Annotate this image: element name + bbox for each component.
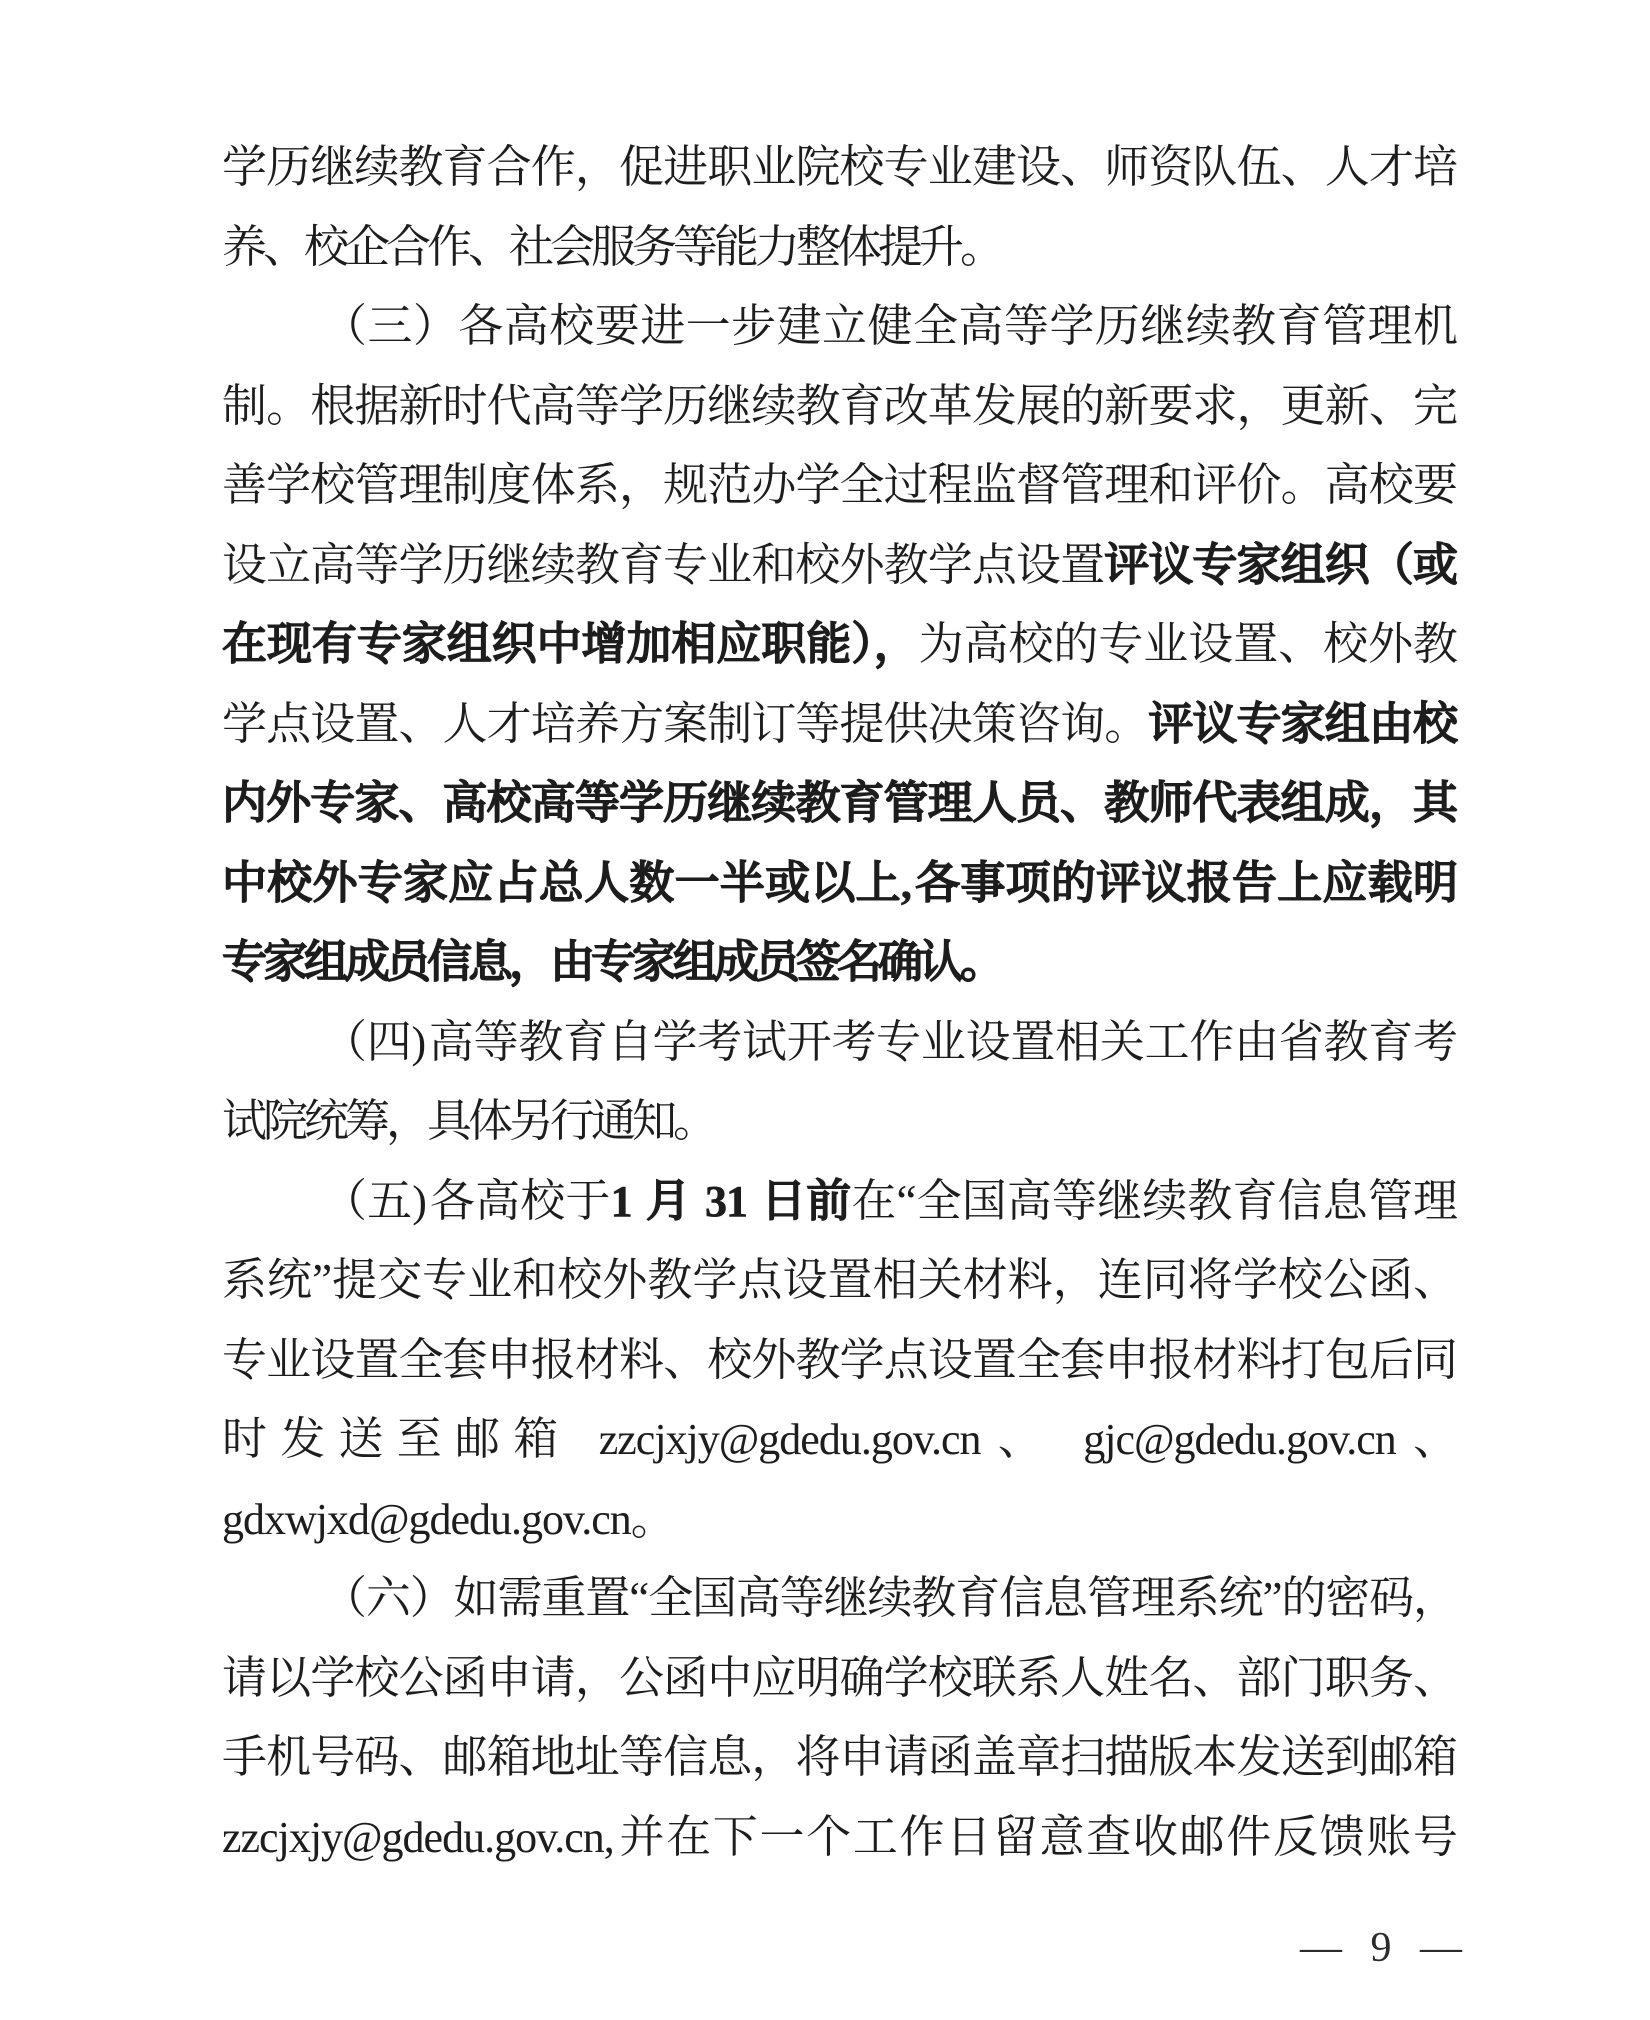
bold-text-segment: 在现有专家组织中增加相应职能）， [222, 619, 919, 669]
text-segment: 为高校的专业设置、校外教 [919, 619, 1454, 669]
text-line: （五)各高校于1 月 31 日前在“全国高等继续教育信息管理 [222, 1162, 1454, 1242]
latin-text: ) [412, 1177, 426, 1226]
text-segment: 时发送至邮箱 zzcjxjy@gdedu.gov.cn、 gjc@gdedu.g… [222, 1414, 1454, 1464]
page-number: — 9 — [1300, 1918, 1463, 1978]
text-line: 时发送至邮箱 zzcjxjy@gdedu.gov.cn、 gjc@gdedu.g… [222, 1400, 1454, 1480]
text-segment: 系统”提交专业和校外教学点设置相关材料，连同将学校公函、 [222, 1255, 1454, 1305]
latin-text: ) [411, 1018, 425, 1067]
text-segment: 设立高等学历继续教育专业和校外教学点设置 [222, 540, 1104, 590]
text-line: 养、校企合作、社会服务等能力整体提升。 [222, 208, 1454, 288]
text-line: 手机号码、邮箱地址等信息，将申请函盖章扫描版本发送到邮箱 [222, 1718, 1454, 1798]
text-line: 中校外专家应占总人数一半或以上,各事项的评议报告上应载明 [222, 844, 1454, 924]
text-segment: 学点设置、人才培养方案制订等提供决策咨询。 [222, 699, 1148, 749]
text-segment: 养、校企合作、社会服务等能力整体提升。 [222, 222, 1001, 272]
text-line: （三）各高校要进一步建立健全高等学历继续教育管理机 [222, 287, 1454, 367]
document-body: 学历继续教育合作，促进职业院校专业建设、师资队伍、人才培养、校企合作、社会服务等… [222, 128, 1454, 1877]
text-line: （六）如需重置“全国高等继续教育信息管理系统”的密码， [222, 1559, 1454, 1639]
bold-text-segment: 内外专家、高校高等学历继续教育管理人员、教师代表组成，其 [222, 778, 1454, 828]
text-line: 学点设置、人才培养方案制订等提供决策咨询。评议专家组由校 [222, 685, 1454, 765]
bold-text-segment: 1 月 31 日前 [611, 1176, 852, 1226]
text-line: 专家组成员信息，由专家组成员签名确认。 [222, 923, 1454, 1003]
text-segment: 制。根据新时代高等学历继续教育改革发展的新要求，更新、完 [222, 381, 1454, 431]
text-segment: 专业设置全套申报材料、校外教学点设置全套申报材料打包后同 [222, 1335, 1454, 1385]
text-line: 学历继续教育合作，促进职业院校专业建设、师资队伍、人才培 [222, 128, 1454, 208]
latin-text: , [901, 859, 911, 908]
text-line: 专业设置全套申报材料、校外教学点设置全套申报材料打包后同 [222, 1321, 1454, 1401]
text-segment: （五)各高校于 [322, 1176, 611, 1226]
text-segment: （六）如需重置“全国高等继续教育信息管理系统”的密码， [322, 1573, 1454, 1623]
text-line: zzcjxjy@gdedu.gov.cn,并在下一个工作日留意查收邮件反馈账号 [222, 1798, 1454, 1878]
text-segment: 学历继续教育合作，促进职业院校专业建设、师资队伍、人才培 [222, 142, 1454, 192]
text-line: 请以学校公函申请，公函中应明确学校联系人姓名、部门职务、 [222, 1639, 1454, 1719]
latin-text: 31 [691, 1177, 761, 1226]
bold-text-segment: 专家组成员信息，由专家组成员签名确认。 [222, 937, 1001, 987]
latin-text: 1 [611, 1177, 646, 1226]
text-segment: 手机号码、邮箱地址等信息，将申请函盖章扫描版本发送到邮箱 [222, 1732, 1454, 1782]
text-line: gdxwjxd@gdedu.gov.cn。 [222, 1480, 1454, 1560]
text-segment: 善学校管理制度体系，规范办学全过程监督管理和评价。高校要 [222, 460, 1454, 510]
text-segment: 试院统筹，具体另行通知。 [222, 1096, 714, 1146]
latin-text: gjc@gdedu.gov.cn [1056, 1415, 1396, 1464]
text-line: 内外专家、高校高等学历继续教育管理人员、教师代表组成，其 [222, 764, 1454, 844]
bold-text-segment: 评议专家组织（或 [1104, 540, 1454, 590]
text-line: 试院统筹，具体另行通知。 [222, 1082, 1454, 1162]
text-line: 设立高等学历继续教育专业和校外教学点设置评议专家组织（或 [222, 526, 1454, 606]
text-segment: （四)高等教育自学考试开考专业设置相关工作由省教育考 [322, 1017, 1454, 1067]
text-segment: 请以学校公函申请，公函中应明确学校联系人姓名、部门职务、 [222, 1653, 1454, 1703]
text-segment: 在“全国高等继续教育信息管理 [851, 1176, 1454, 1226]
text-line: 善学校管理制度体系，规范办学全过程监督管理和评价。高校要 [222, 446, 1454, 526]
latin-text: gdxwjxd@gdedu.gov.cn [222, 1495, 631, 1544]
text-segment: zzcjxjy@gdedu.gov.cn,并在下一个工作日留意查收邮件反馈账号 [222, 1812, 1454, 1862]
bold-text-segment: 中校外专家应占总人数一半或以上,各事项的评议报告上应载明 [222, 858, 1454, 908]
text-line: 在现有专家组织中增加相应职能），为高校的专业设置、校外教 [222, 605, 1454, 685]
latin-text: zzcjxjy@gdedu.gov.cn, [222, 1813, 614, 1862]
latin-text: zzcjxjy@gdedu.gov.cn [571, 1415, 980, 1464]
text-line: （四)高等教育自学考试开考专业设置相关工作由省教育考 [222, 1003, 1454, 1083]
bold-text-segment: 评议专家组由校 [1148, 699, 1454, 749]
document-page: 学历继续教育合作，促进职业院校专业建设、师资队伍、人才培养、校企合作、社会服务等… [0, 0, 1650, 2020]
text-segment: gdxwjxd@gdedu.gov.cn。 [222, 1494, 672, 1544]
text-line: 系统”提交专业和校外教学点设置相关材料，连同将学校公函、 [222, 1241, 1454, 1321]
text-line: 制。根据新时代高等学历继续教育改革发展的新要求，更新、完 [222, 367, 1454, 447]
text-segment: （三）各高校要进一步建立健全高等学历继续教育管理机 [322, 301, 1454, 351]
